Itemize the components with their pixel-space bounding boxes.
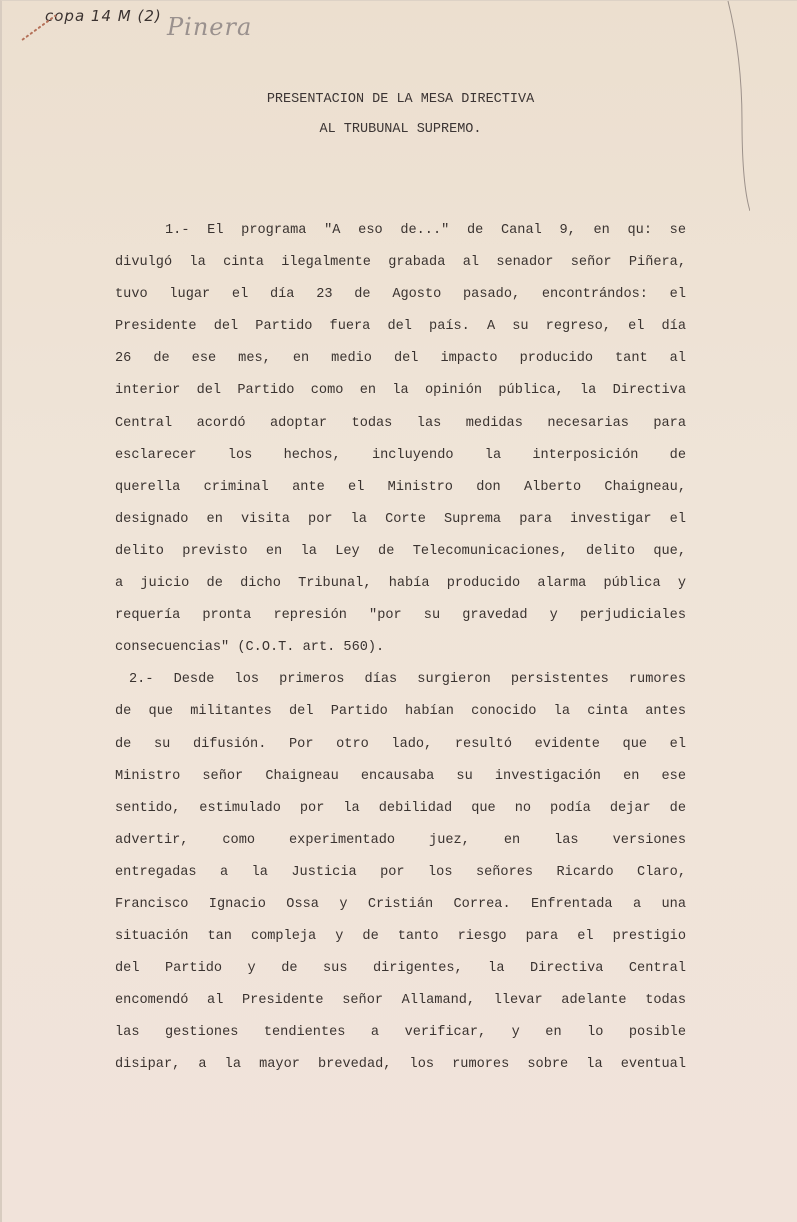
- paragraph-2-line: advertir, como experimentado juez, en la…: [115, 825, 686, 857]
- paragraph-1-line: delito previsto en la Ley de Telecomunic…: [115, 536, 686, 568]
- paragraph-1-line: querella criminal ante el Ministro don A…: [115, 472, 686, 504]
- paragraph-2-line: encomendó al Presidente señor Allamand, …: [115, 985, 686, 1017]
- paragraph-1-line: a juicio de dicho Tribunal, había produc…: [115, 568, 686, 600]
- paragraph-2-line: de que militantes del Partido habían con…: [115, 696, 686, 728]
- paragraph-1-line: 26 de ese mes, en medio del impacto prod…: [115, 343, 686, 375]
- paragraph-1-line: 1.- El programa "A eso de..." de Canal 9…: [115, 215, 686, 247]
- document-body: 1.- El programa "A eso de..." de Canal 9…: [115, 215, 686, 1082]
- document-title-line-2: AL TRUBUNAL SUPREMO.: [2, 122, 797, 137]
- handwritten-pencil-note: Pinera: [167, 13, 252, 41]
- paragraph-1-line: divulgó la cinta ilegalmente grabada al …: [115, 247, 686, 279]
- document-title-line-1: PRESENTACION DE LA MESA DIRECTIVA: [2, 92, 797, 107]
- paragraph-2-line: sentido, estimulado por la debilidad que…: [115, 793, 686, 825]
- paragraph-2-line: entregadas a la Justicia por los señores…: [115, 857, 686, 889]
- paragraph-1-line: requería pronta represión "por su graved…: [115, 600, 686, 632]
- paragraph-2-line: disipar, a la mayor brevedad, los rumore…: [115, 1049, 686, 1081]
- paragraph-2-line: Francisco Ignacio Ossa y Cristián Correa…: [115, 889, 686, 921]
- paragraph-2-line: las gestiones tendientes a verificar, y …: [115, 1017, 686, 1049]
- paragraph-1-line: esclarecer los hechos, incluyendo la int…: [115, 440, 686, 472]
- paragraph-1-line: Central acordó adoptar todas las medidas…: [115, 408, 686, 440]
- paragraph-2-line: de su difusión. Por otro lado, resultó e…: [115, 729, 686, 761]
- paragraph-1-line: designado en visita por la Corte Suprema…: [115, 504, 686, 536]
- ink-mark: [21, 15, 56, 41]
- paragraph-1-line: Presidente del Partido fuera del país. A…: [115, 311, 686, 343]
- paragraph-1-line: consecuencias" (C.O.T. art. 560).: [115, 632, 686, 664]
- paragraph-1-line: tuvo lugar el día 23 de Agosto pasado, e…: [115, 279, 686, 311]
- paragraph-1-line: interior del Partido como en la opinión …: [115, 375, 686, 407]
- paragraph-2-line: Ministro señor Chaigneau encausaba su in…: [115, 761, 686, 793]
- paragraph-2-line: del Partido y de sus dirigentes, la Dire…: [115, 953, 686, 985]
- document-page: copa 14 M (2) Pinera PRESENTACION DE LA …: [0, 0, 797, 1222]
- paragraph-2-line: 2.- Desde los primeros días surgieron pe…: [115, 664, 686, 696]
- paragraph-2-line: situación tan compleja y de tanto riesgo…: [115, 921, 686, 953]
- handwritten-archive-note: copa 14 M (2): [45, 7, 162, 25]
